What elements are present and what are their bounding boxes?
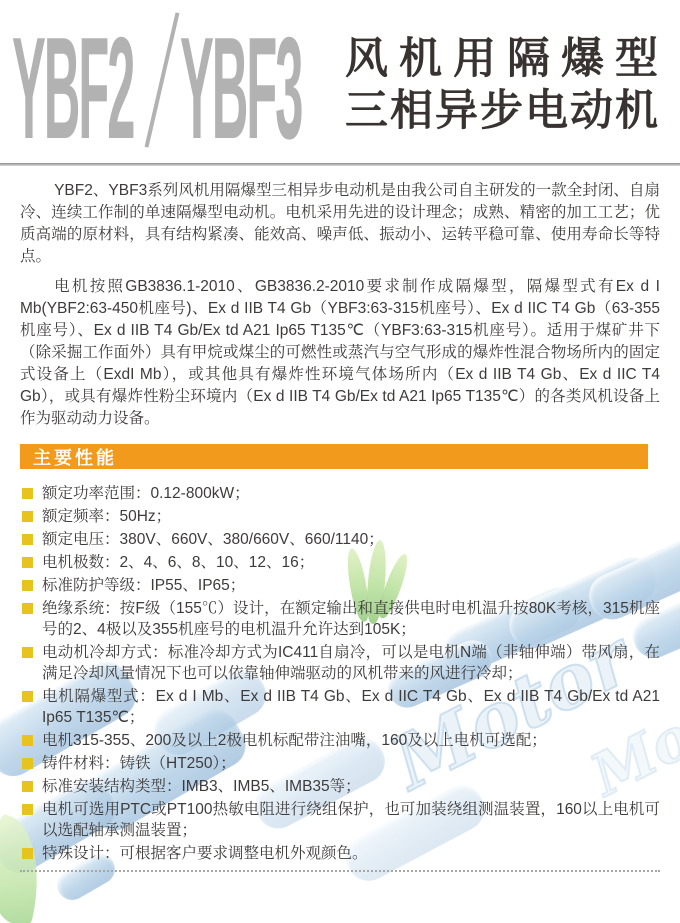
page-title: 风机用隔爆型 三相异步电动机 — [345, 33, 669, 137]
page-title-line1: 风机用隔爆型 — [345, 33, 669, 85]
bullet-icon — [22, 534, 33, 545]
bullet-icon — [22, 758, 33, 769]
feature-item: 标准防护等级：IP55、IP65； — [20, 575, 660, 596]
bullet-icon — [22, 647, 33, 658]
feature-text: 额定功率范围：0.12-800kW； — [42, 483, 660, 504]
feature-text: 额定频率：50Hz； — [42, 506, 660, 527]
bullet-icon — [22, 511, 33, 522]
logo-slash-icon — [145, 12, 180, 147]
page: Motor Motor YBF2 YBF3 风机用隔爆型 三相异步电动机 YBF… — [0, 0, 680, 923]
feature-item: 电动机冷却方式：标准冷却方式为IC411自扇冷，可以是电机N端（非轴伸端）带风扇… — [20, 642, 660, 684]
feature-item: 电机隔爆型式：Ex d I Mb、Ex d IIB T4 Gb、Ex d IIC… — [20, 686, 660, 728]
feature-text: 电机可选用PTC或PT100热敏电阻进行绕组保护，也可加装绕组测温装置，160以… — [42, 799, 660, 841]
feature-item: 额定功率范围：0.12-800kW； — [20, 483, 660, 504]
intro-paragraph-2: 电机按照GB3836.1-2010、GB3836.2-2010要求制作成隔爆型，… — [20, 276, 660, 430]
bullet-icon — [22, 735, 33, 746]
feature-item: 电机极数：2、4、6、8、10、12、16； — [20, 552, 660, 573]
section-header: 主要性能 — [20, 444, 648, 469]
bullet-icon — [22, 488, 33, 499]
bullet-icon — [22, 691, 33, 702]
logo-text-ybf3: YBF3 — [180, 16, 301, 161]
feature-text: 额定电压：380V、660V、380/660V、660/1140； — [42, 529, 660, 550]
feature-item: 特殊设计：可根据客户要求调整电机外观颜色。 — [20, 843, 660, 864]
intro-paragraph-1: YBF2、YBF3系列风机用隔爆型三相异步电动机是由我公司自主研发的一款全封闭、… — [20, 180, 660, 268]
content: YBF2、YBF3系列风机用隔爆型三相异步电动机是由我公司自主研发的一款全封闭、… — [20, 180, 660, 872]
feature-text: 电机极数：2、4、6、8、10、12、16； — [42, 552, 660, 573]
dotted-divider — [20, 870, 660, 872]
feature-item: 电机可选用PTC或PT100热敏电阻进行绕组保护，也可加装绕组测温装置，160以… — [20, 799, 660, 841]
feature-text: 标准安装结构类型：IMB3、IMB5、IMB35等； — [42, 776, 660, 797]
feature-text: 绝缘系统：按F级（155℃）设计，在额定输出和直接供电时电机温升按80K考核，3… — [42, 598, 660, 640]
feature-text: 特殊设计：可根据客户要求调整电机外观颜色。 — [42, 843, 660, 864]
feature-item: 额定频率：50Hz； — [20, 506, 660, 527]
feature-list: 额定功率范围：0.12-800kW； 额定频率：50Hz； 额定电压：380V、… — [20, 483, 660, 864]
feature-text: 铸件材料：铸铁（HT250）； — [42, 753, 660, 774]
bullet-icon — [22, 848, 33, 859]
page-header: YBF2 YBF3 风机用隔爆型 三相异步电动机 — [0, 0, 680, 166]
feature-item: 电机315-355、200及以上2极电机标配带注油嘴，160及以上电机可选配； — [20, 730, 660, 751]
bullet-icon — [22, 580, 33, 591]
feature-text: 电机隔爆型式：Ex d I Mb、Ex d IIB T4 Gb、Ex d IIC… — [42, 686, 660, 728]
bullet-icon — [22, 557, 33, 568]
page-title-line2: 三相异步电动机 — [345, 85, 669, 137]
feature-text: 标准防护等级：IP55、IP65； — [42, 575, 660, 596]
bullet-icon — [22, 603, 33, 614]
feature-text: 电动机冷却方式：标准冷却方式为IC411自扇冷，可以是电机N端（非轴伸端）带风扇… — [42, 642, 660, 684]
feature-item: 额定电压：380V、660V、380/660V、660/1140； — [20, 529, 660, 550]
logo-text-ybf2: YBF2 — [12, 16, 133, 161]
section-title: 主要性能 — [20, 444, 117, 470]
feature-item: 铸件材料：铸铁（HT250）； — [20, 753, 660, 774]
bullet-icon — [22, 804, 33, 815]
feature-item: 标准安装结构类型：IMB3、IMB5、IMB35等； — [20, 776, 660, 797]
feature-text: 电机315-355、200及以上2极电机标配带注油嘴，160及以上电机可选配； — [42, 730, 660, 751]
series-logo: YBF2 YBF3 — [12, 16, 352, 166]
bullet-icon — [22, 781, 33, 792]
header-divider — [0, 163, 680, 166]
feature-item: 绝缘系统：按F级（155℃）设计，在额定输出和直接供电时电机温升按80K考核，3… — [20, 598, 660, 640]
